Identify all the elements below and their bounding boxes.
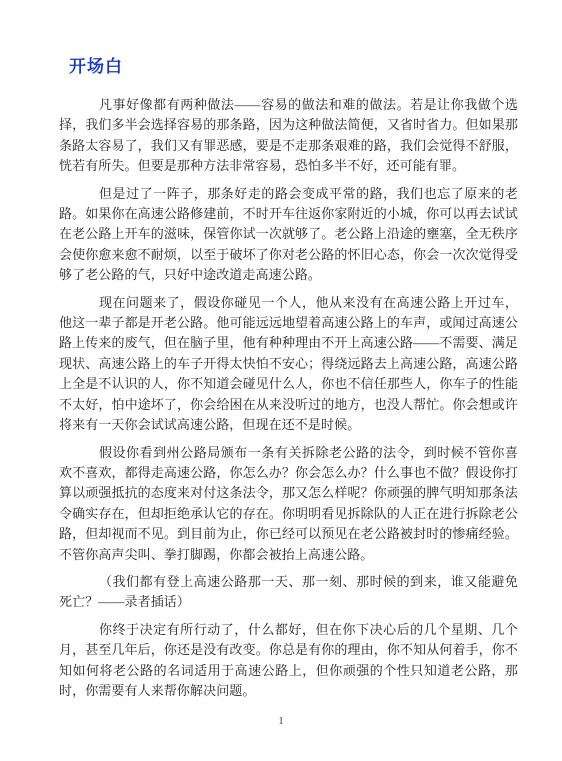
paragraph-annotation: （我们都有登上高速公路那一天、那一刻、那时候的到来，谁又能避免死亡？——录者插话… xyxy=(59,572,518,613)
paragraph: 假设你看到州公路局颁布一条有关拆除老公路的法令，到时候不管你喜欢不喜欢，都得走高… xyxy=(59,443,518,565)
page-title: 开场白 xyxy=(69,56,123,78)
paragraph: 但是过了一阵子，那条好走的路会变成平常的路，我们也忘了原来的老路。如果你在高速公… xyxy=(59,184,518,286)
page-number: 1 xyxy=(0,716,562,727)
document-page: 开场白 凡事好像都有两种做法——容易的做法和难的做法。若是让你我做个选择，我们多… xyxy=(0,0,562,761)
document-body: 凡事好像都有两种做法——容易的做法和难的做法。若是让你我做个选择，我们多半会选择… xyxy=(59,95,518,708)
paragraph: 现在问题来了，假设你碰见一个人，他从来没有在高速公路上开过车，他这一辈子都是开老… xyxy=(59,293,518,436)
paragraph: 凡事好像都有两种做法——容易的做法和难的做法。若是让你我做个选择，我们多半会选择… xyxy=(59,95,518,177)
paragraph: 你终于决定有所行动了，什么都好，但在你下决心后的几个星期、几个月，甚至几年后，你… xyxy=(59,620,518,702)
